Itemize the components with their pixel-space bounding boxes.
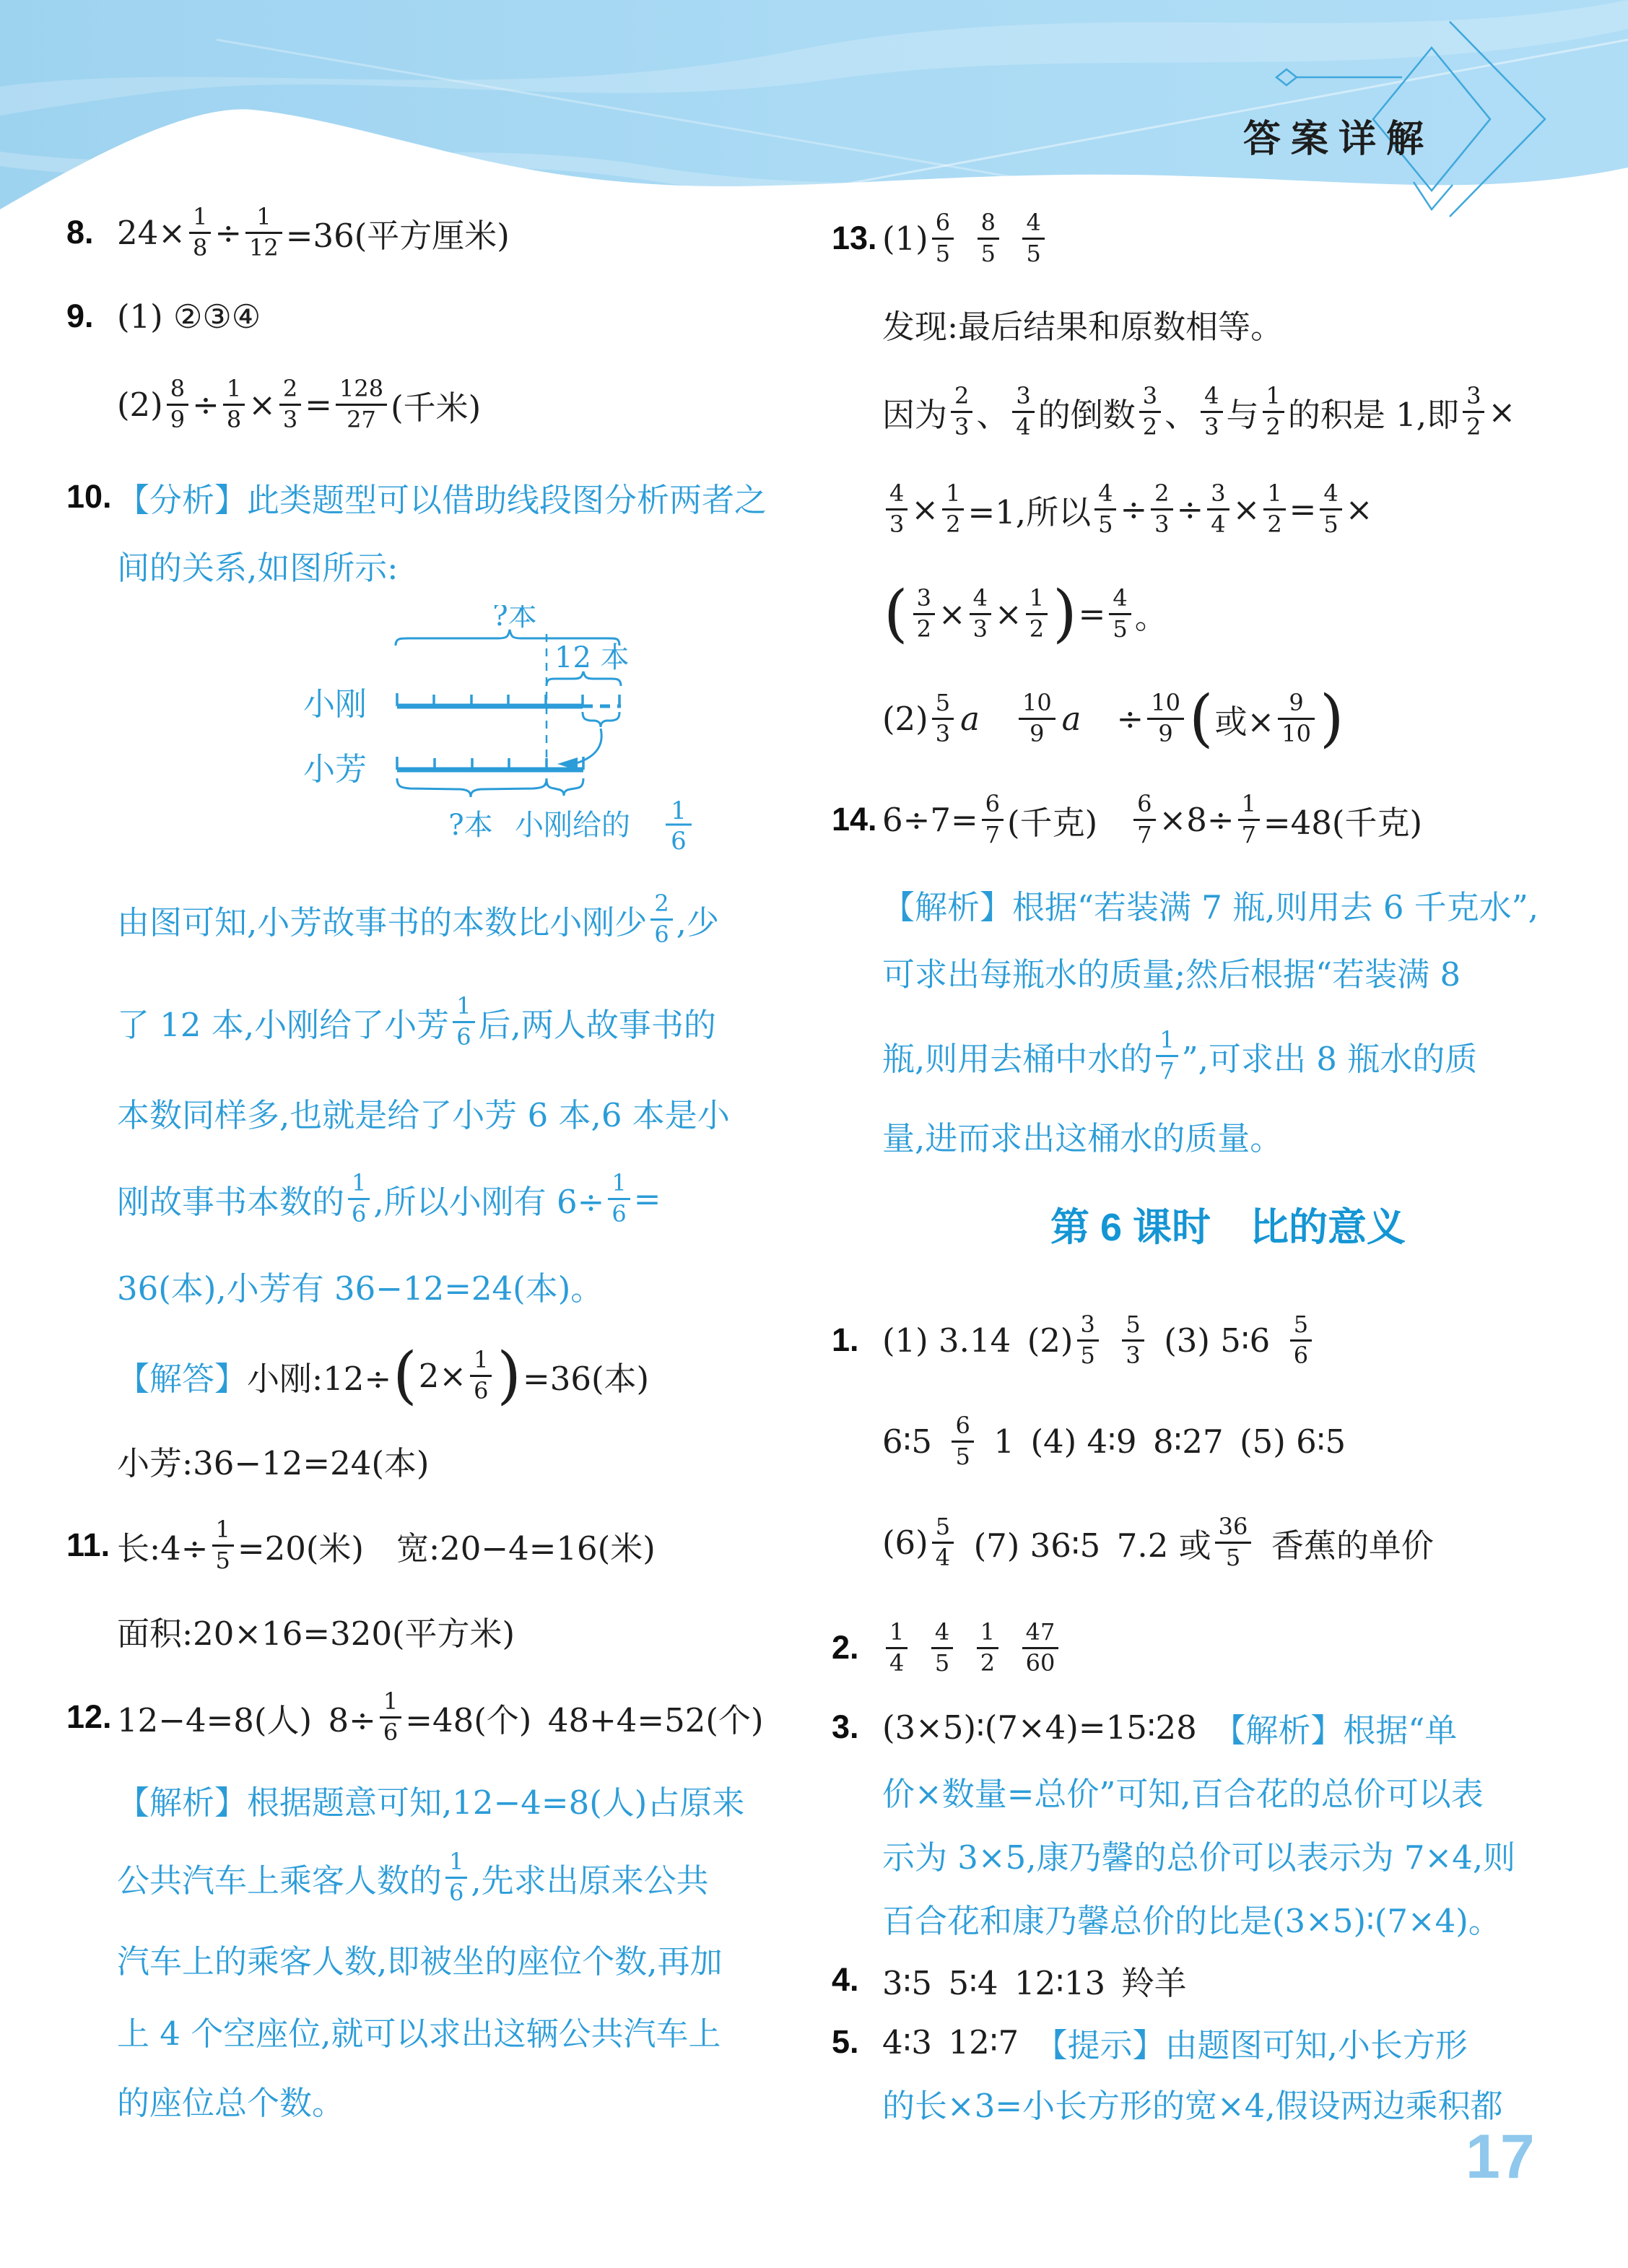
item-number: 14. xyxy=(832,801,877,838)
fraction: 89 xyxy=(167,376,188,432)
diagram-gave-frac-numerator: 1 xyxy=(671,796,687,825)
fraction: 16 xyxy=(380,1689,401,1745)
fraction: 12 xyxy=(1263,481,1285,536)
text-run: × xyxy=(939,595,966,633)
page-title: 答案详解 xyxy=(1243,108,1434,162)
text-run: 12−4=8(人) 8÷ xyxy=(117,1694,376,1741)
answer-line: 公共汽车上乘客人数的16,先求出原来公共 xyxy=(117,1835,709,1919)
answer-line: 8.24×18÷112=36(平方厘米) xyxy=(117,191,510,274)
text-run: 了 12 本,小刚给了小芳 xyxy=(117,999,449,1046)
fraction: 12 xyxy=(977,1620,998,1675)
text-run: = xyxy=(1079,595,1106,633)
fraction: 53 xyxy=(1122,1312,1144,1368)
item-number: 9. xyxy=(66,297,94,335)
text-run: ÷ xyxy=(1120,490,1147,529)
text-run: 【提示】由题图可知,小长方形 xyxy=(1035,2019,1468,2066)
item-number: 8. xyxy=(66,214,94,251)
text-run: × xyxy=(995,595,1022,633)
answer-line: 可求出每瓶水的质量;然后根据“若装满 8 xyxy=(882,929,1461,1013)
text-run: (3) 5∶6 xyxy=(1148,1321,1287,1360)
fraction: 45 xyxy=(1320,481,1341,536)
text-run: 长:4÷ xyxy=(117,1522,209,1569)
text-run: 【解析】根据“单 xyxy=(1213,1704,1457,1751)
answer-line: 本数同样多,也就是给了小芳 6 本,6 本是小 xyxy=(117,1070,730,1154)
text-run: 3∶5 5∶4 12∶13 羚羊 xyxy=(882,1957,1187,2004)
diagram-gave-frac-denominator: 6 xyxy=(671,827,687,856)
text-run: 后,两人故事书的 xyxy=(479,999,716,1046)
text-run: =1,所以 xyxy=(967,486,1091,533)
answer-line: 由图可知,小芳故事书的本数比小刚少26,少 xyxy=(117,877,719,961)
answer-line: 11.长:4÷15=20(米) 宽:20−4=16(米) xyxy=(117,1503,656,1587)
fraction: 14 xyxy=(886,1620,907,1675)
text-run: 瓶,则用去桶中水的 xyxy=(882,1033,1152,1079)
text-run: × xyxy=(1233,490,1261,529)
item-number: 5. xyxy=(832,2023,859,2061)
text-run: =36(平方厘米) xyxy=(286,209,510,256)
text-run: 发现:最后结果和原数相等。 xyxy=(882,300,1283,347)
answer-line: 汽车上的乘客人数,即被坐的座位个数,再加 xyxy=(117,1916,723,2000)
text-run: 的长×3=小长方形的宽×4,假设两边乘积都 xyxy=(882,2080,1503,2126)
text-run: 香蕉的单价 xyxy=(1255,1519,1434,1566)
text-run: 36(本),小芳有 36−12=24(本)。 xyxy=(117,1262,603,1309)
fraction: 45 xyxy=(931,1620,953,1675)
text-run: 6∶5 xyxy=(882,1422,948,1461)
fraction: 4760 xyxy=(1022,1620,1059,1675)
text-run: (千米) xyxy=(391,381,481,428)
text-run xyxy=(911,1629,928,1667)
fraction: 910 xyxy=(1278,690,1315,746)
fraction: 65 xyxy=(952,1413,973,1469)
text-run: =48(千克) xyxy=(1263,796,1422,843)
text-run: 的座位总个数。 xyxy=(117,2077,344,2124)
fraction: 56 xyxy=(1290,1312,1312,1368)
fraction: 23 xyxy=(279,376,301,432)
text-run: 量,进而求出这桶水的质量。 xyxy=(882,1112,1282,1159)
text-run: 24× xyxy=(117,214,186,252)
text-run: (7) 36∶5 7.2 或 xyxy=(957,1519,1211,1566)
answer-line: 43×12=1,所以45÷23÷34×12=45× xyxy=(882,467,1372,551)
answer-line: 36(本),小芳有 36−12=24(本)。 xyxy=(117,1243,603,1327)
answer-line: 刚故事书本数的16,所以小刚有 6÷16= xyxy=(117,1157,661,1241)
text-run: 【解析】根据“若装满 7 瓶,则用去 6 千克水”, xyxy=(882,881,1538,928)
answer-line: 13.(1) 65 85 45 xyxy=(882,196,1048,280)
fraction: 32 xyxy=(1139,383,1161,439)
text-run xyxy=(1003,220,1019,258)
fraction: 85 xyxy=(978,210,999,266)
text-run: = xyxy=(1289,490,1317,529)
fraction: 43 xyxy=(1201,383,1222,439)
diagram-bottom-label: ?本 xyxy=(448,809,492,842)
text-run xyxy=(957,220,974,258)
answer-line: 因为23、34的倒数32、43与12的积是 1,即32× xyxy=(882,370,1515,453)
text-run: 由图可知,小芳故事书的本数比小刚少 xyxy=(117,896,647,943)
text-run: 面积:20×16=320(平方米) xyxy=(117,1607,515,1654)
fraction: 53 xyxy=(932,690,954,746)
fraction: 54 xyxy=(932,1514,954,1570)
fraction: 32 xyxy=(913,586,935,641)
answer-line: 了 12 本,小刚给了小芳16后,两人故事书的 xyxy=(117,980,716,1064)
answer-line: 2.14 45 12 4760 xyxy=(882,1606,1062,1690)
fraction: 45 xyxy=(1022,210,1044,266)
text-run: (1) ②③④ xyxy=(117,297,261,336)
text-run: 百合花和康乃馨总价的比是(3×5)∶(7×4)。 xyxy=(882,1895,1501,1942)
fraction: 34 xyxy=(1012,383,1034,439)
text-run: 2× xyxy=(419,1357,466,1395)
text-run: 示为 3×5,康乃馨的总价可以表示为 7×4,则 xyxy=(882,1831,1515,1878)
text-run: 或× xyxy=(1215,695,1275,742)
text-run: ÷ xyxy=(1177,490,1204,529)
variable: a xyxy=(960,700,980,738)
text-run: ”,可求出 8 瓶水的质 xyxy=(1182,1033,1478,1079)
text-run: 4∶3 12∶7 xyxy=(882,2023,1035,2061)
workbook-page: 答案详解 8.24×18÷112=36(平方厘米)9.(1) ②③④(2) 89… xyxy=(0,0,1628,2268)
text-run: 【解答】 xyxy=(117,1352,247,1399)
text-run: = xyxy=(634,1180,661,1218)
fraction: 16 xyxy=(445,1849,467,1905)
text-run: (2) xyxy=(882,700,928,738)
text-run: 的积是 1,即 xyxy=(1288,388,1459,435)
text-run: 小刚:12÷ xyxy=(247,1352,391,1399)
text-run: ,所以小刚有 6÷ xyxy=(373,1176,604,1222)
text-run: ÷ xyxy=(214,214,242,252)
fraction: 109 xyxy=(1019,690,1055,746)
text-run: 的倒数 xyxy=(1038,388,1136,435)
answer-line: 量,进而求出这桶水的质量。 xyxy=(882,1093,1282,1177)
text-run: × xyxy=(911,490,939,529)
answer-line: 【解析】根据题意可知,12−4=8(人)占原来 xyxy=(117,1758,744,1841)
text-run: × xyxy=(1346,490,1373,529)
fraction: 23 xyxy=(951,383,972,439)
answer-line: 9.(1) ②③④ xyxy=(117,274,261,358)
text-run xyxy=(957,1629,973,1667)
text-run: ÷ xyxy=(1084,700,1144,738)
text-run: (2) xyxy=(117,386,163,424)
item-number: 10. xyxy=(66,478,112,516)
fraction: 17 xyxy=(1156,1027,1178,1083)
text-run: 公共汽车上乘客人数的 xyxy=(117,1854,442,1901)
text-run: 第 6 课时 比的意义 xyxy=(1050,1196,1406,1252)
text-run: (1) 3.14 (2) xyxy=(882,1321,1074,1360)
text-run: (3×5)∶(7×4)=15∶28 xyxy=(882,1708,1213,1747)
text-run: 价×数量=总价”可知,百合花的总价可以表 xyxy=(882,1768,1484,1815)
segment-diagram: 小刚 小芳 ?本 12 本 ?本 小刚给的 1 6 xyxy=(274,605,751,858)
answer-line: 面积:20×16=320(平方米) xyxy=(117,1589,515,1672)
text-run: ,少 xyxy=(676,896,719,943)
answer-line: 的座位总个数。 xyxy=(117,2058,344,2142)
text-run: 间的关系,如图所示: xyxy=(117,542,398,588)
text-run xyxy=(1002,1629,1019,1667)
fraction: 17 xyxy=(1238,791,1260,847)
text-run xyxy=(983,700,1015,738)
text-run: 1 (4) 4∶9 8∶27 (5) 6∶5 xyxy=(978,1422,1346,1461)
fraction: 26 xyxy=(650,891,672,947)
fraction: 16 xyxy=(453,994,474,1049)
text-run: 因为 xyxy=(882,388,947,435)
text-run: 6÷7= xyxy=(882,801,978,839)
fraction: 67 xyxy=(982,791,1004,847)
answer-line: 【解答】小刚:12÷(2×16)=36(本) xyxy=(117,1334,649,1417)
text-run: =48(个) 48+4=52(个) xyxy=(405,1694,763,1741)
fraction: 18 xyxy=(189,204,211,260)
text-run: (千克) xyxy=(1007,796,1130,843)
answer-line: (32×43×12)=45。 xyxy=(882,572,1167,656)
item-number: 3. xyxy=(832,1708,859,1746)
answer-line: 小芳:36−12=24(本) xyxy=(117,1418,429,1502)
fraction: 12 xyxy=(942,481,964,536)
fraction: 15 xyxy=(212,1517,234,1573)
fraction: 365 xyxy=(1215,1514,1252,1570)
fraction: 65 xyxy=(932,210,954,266)
text-run: × xyxy=(248,386,276,424)
fraction: 35 xyxy=(1077,1312,1099,1368)
answer-line: 发现:最后结果和原数相等。 xyxy=(882,282,1283,365)
fraction: 112 xyxy=(245,204,282,260)
text-run: 【分析】此类题型可以借助线段图分析两者之 xyxy=(117,474,767,521)
text-run: 本数同样多,也就是给了小芳 6 本,6 本是小 xyxy=(117,1089,730,1136)
diagram-gave-label: 小刚给的 xyxy=(515,809,630,842)
fraction: 109 xyxy=(1147,690,1184,746)
text-run: 与 xyxy=(1227,388,1259,435)
answer-line: 14.6÷7=67(千克) 67×8÷17=48(千克) xyxy=(882,778,1422,861)
fraction: 23 xyxy=(1151,481,1172,536)
text-run: ,先求出原来公共 xyxy=(471,1854,708,1901)
text-run: ×8÷ xyxy=(1159,801,1235,839)
item-number: 4. xyxy=(832,1961,859,1999)
fraction: 16 xyxy=(470,1347,492,1403)
fraction: 16 xyxy=(608,1170,630,1226)
text-run xyxy=(1102,1321,1119,1360)
diagram-label-xiaogang: 小刚 xyxy=(303,686,367,723)
diagram-label-xiaofang: 小芳 xyxy=(303,751,367,788)
item-number: 13. xyxy=(832,220,877,257)
text-run: (1) xyxy=(882,220,928,258)
fraction: 18 xyxy=(223,376,245,432)
answer-line: 间的关系,如图所示: xyxy=(117,523,398,607)
text-run: = xyxy=(305,386,332,424)
text-run: 小芳:36−12=24(本) xyxy=(117,1437,429,1484)
item-number: 11. xyxy=(66,1526,110,1564)
text-run: 汽车上的乘客人数,即被坐的座位个数,再加 xyxy=(117,1935,723,1982)
text-run: 可求出每瓶水的质量;然后根据“若装满 8 xyxy=(882,948,1461,995)
text-run: 上 4 个空座位,就可以求出这辆公共汽车上 xyxy=(117,2007,721,2054)
answer-line: 6∶5 65 1 (4) 4∶9 8∶27 (5) 6∶5 xyxy=(882,1399,1346,1483)
page-number: 17 xyxy=(1466,2121,1535,2193)
answer-line: 12.12−4=8(人) 8÷16=48(个) 48+4=52(个) xyxy=(117,1675,764,1759)
answer-line: (6) 54 (7) 36∶5 7.2 或365 香蕉的单价 xyxy=(882,1500,1434,1584)
fraction: 12 xyxy=(1026,586,1048,641)
text-run: ÷ xyxy=(192,386,219,424)
diagram-top-label: ?本 xyxy=(492,605,536,633)
fraction: 34 xyxy=(1207,481,1229,536)
variable: a xyxy=(1062,700,1081,738)
text-run: 刚故事书本数的 xyxy=(117,1176,344,1222)
fraction: 32 xyxy=(1463,383,1484,439)
text-run: 、 xyxy=(976,388,1009,435)
item-number: 12. xyxy=(66,1698,112,1736)
answer-line: (2) 53a 109a ÷109(或×910) xyxy=(882,677,1346,760)
fraction: 45 xyxy=(1094,481,1116,536)
text-run: (6) xyxy=(882,1524,928,1562)
item-number: 2. xyxy=(832,1629,859,1667)
text-run: 。 xyxy=(1135,591,1167,638)
text-run: =36(本) xyxy=(523,1352,649,1399)
text-run: × xyxy=(1488,393,1515,431)
section-heading: 第 6 课时 比的意义 xyxy=(882,1182,1574,1266)
text-run: 、 xyxy=(1165,388,1197,435)
fraction: 12827 xyxy=(336,376,387,432)
fraction: 16 xyxy=(348,1170,370,1226)
answer-line: 瓶,则用去桶中水的17”,可求出 8 瓶水的质 xyxy=(882,1014,1477,1098)
answer-line: 1.(1) 3.14 (2) 35 53 (3) 5∶6 56 xyxy=(882,1298,1315,1382)
answer-line: 的长×3=小长方形的宽×4,假设两边乘积都 xyxy=(882,2061,1503,2145)
fraction: 43 xyxy=(970,586,991,641)
item-number: 1. xyxy=(832,1321,859,1359)
text-run: 【解析】根据题意可知,12−4=8(人)占原来 xyxy=(117,1776,744,1823)
fraction: 67 xyxy=(1133,791,1155,847)
text-run: =20(米) 宽:20−4=16(米) xyxy=(238,1522,656,1569)
diagram-diff-label: 12 本 xyxy=(554,641,630,674)
fraction: 45 xyxy=(1109,586,1131,641)
answer-line: (2) 89÷18×23=12827(千米) xyxy=(117,362,481,446)
fraction: 12 xyxy=(1263,383,1284,439)
fraction: 43 xyxy=(886,481,907,536)
